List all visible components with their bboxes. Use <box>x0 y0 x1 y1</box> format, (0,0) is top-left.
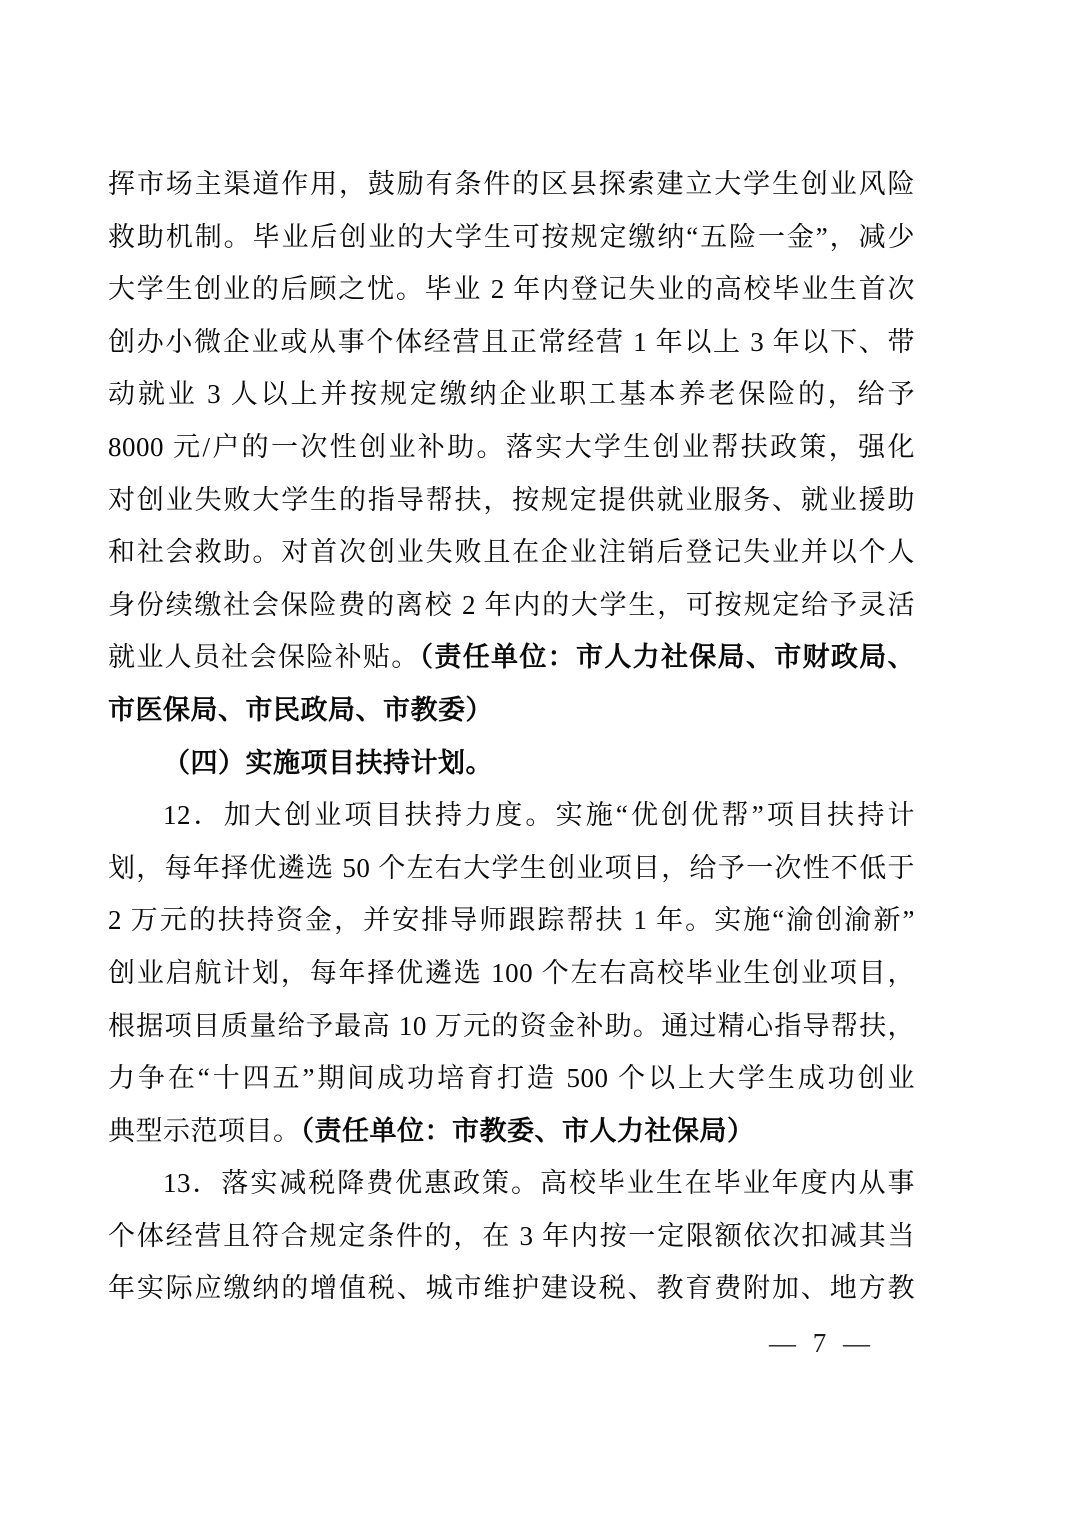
body-text: 就业人员社会保险补贴。 <box>108 642 420 672</box>
body-text: 创办小微企业或从事个体经营且正常经营 1 年以上 3 年以下、带 <box>108 327 915 357</box>
document-page: 挥市场主渠道作用，鼓励有条件的区县探索建立大学生创业风险救助机制。毕业后创业的大… <box>0 0 1080 1528</box>
document-line: 13．落实减税降费优惠政策。高校毕业生在毕业年度内从事 <box>108 1157 915 1210</box>
document-line: 和社会救助。对首次创业失败且在企业注销后登记失业并以个人 <box>108 526 915 579</box>
body-text: 12．加大创业项目扶持力度。实施“优创优帮”项目扶持计 <box>163 800 915 830</box>
body-text: 力争在“十四五”期间成功培育打造 500 个以上大学生成功创业 <box>108 1063 915 1093</box>
document-line: 个体经营且符合规定条件的，在 3 年内按一定限额依次扣减其当 <box>108 1210 915 1263</box>
body-text: 划，每年择优遴选 50 个左右大学生创业项目，给予一次性不低于 <box>108 853 915 883</box>
body-text: 典型示范项目。 <box>108 1116 301 1146</box>
document-line: 12．加大创业项目扶持力度。实施“优创优帮”项目扶持计 <box>108 789 915 842</box>
responsibility-unit-text: 市医保局、市民政局、市教委） <box>108 695 493 725</box>
document-line: 划，每年择优遴选 50 个左右大学生创业项目，给予一次性不低于 <box>108 842 915 895</box>
document-line: 创办小微企业或从事个体经营且正常经营 1 年以上 3 年以下、带 <box>108 316 915 369</box>
document-line: 根据项目质量给予最高 10 万元的资金补助。通过精心指导帮扶， <box>108 1000 915 1053</box>
body-text: 大学生创业的后顾之忧。毕业 2 年内登记失业的高校毕业生首次 <box>108 274 915 304</box>
document-line: 市医保局、市民政局、市教委） <box>108 684 915 737</box>
body-text: 救助机制。毕业后创业的大学生可按规定缴纳“五险一金”，减少 <box>108 222 915 252</box>
responsibility-unit-text: （责任单位：市教委、市人力社保局） <box>301 1116 755 1146</box>
body-text: 8000 元/户的一次性创业补助。落实大学生创业帮扶政策，强化 <box>108 432 915 462</box>
body-text: 创业启航计划，每年择优遴选 100 个左右高校毕业生创业项目， <box>108 958 915 988</box>
body-text: 根据项目质量给予最高 10 万元的资金补助。通过精心指导帮扶， <box>108 1011 915 1041</box>
document-body: 挥市场主渠道作用，鼓励有条件的区县探索建立大学生创业风险救助机制。毕业后创业的大… <box>108 158 915 1315</box>
document-line: （四）实施项目扶持计划。 <box>108 737 915 790</box>
responsibility-unit-text: （四）实施项目扶持计划。 <box>163 748 493 778</box>
responsibility-unit-text: （责任单位：市人力社保局、市财政局、 <box>420 642 915 672</box>
page-number: — 7 — <box>769 1326 875 1360</box>
document-line: 典型示范项目。（责任单位：市教委、市人力社保局） <box>108 1105 915 1158</box>
document-line: 2 万元的扶持资金，并安排导师跟踪帮扶 1 年。实施“渝创渝新” <box>108 894 915 947</box>
document-line: 身份续缴社会保险费的离校 2 年内的大学生，可按规定给予灵活 <box>108 579 915 632</box>
document-line: 救助机制。毕业后创业的大学生可按规定缴纳“五险一金”，减少 <box>108 211 915 264</box>
document-line: 就业人员社会保险补贴。（责任单位：市人力社保局、市财政局、 <box>108 631 915 684</box>
body-text: 挥市场主渠道作用，鼓励有条件的区县探索建立大学生创业风险 <box>108 169 915 199</box>
document-line: 对创业失败大学生的指导帮扶，按规定提供就业服务、就业援助 <box>108 474 915 527</box>
body-text: 个体经营且符合规定条件的，在 3 年内按一定限额依次扣减其当 <box>108 1221 915 1251</box>
body-text: 年实际应缴纳的增值税、城市维护建设税、教育费附加、地方教 <box>108 1273 915 1303</box>
body-text: 动就业 3 人以上并按规定缴纳企业职工基本养老保险的，给予 <box>108 379 915 409</box>
document-line: 8000 元/户的一次性创业补助。落实大学生创业帮扶政策，强化 <box>108 421 915 474</box>
body-text: 2 万元的扶持资金，并安排导师跟踪帮扶 1 年。实施“渝创渝新” <box>108 905 915 935</box>
document-line: 大学生创业的后顾之忧。毕业 2 年内登记失业的高校毕业生首次 <box>108 263 915 316</box>
document-line: 年实际应缴纳的增值税、城市维护建设税、教育费附加、地方教 <box>108 1262 915 1315</box>
document-line: 挥市场主渠道作用，鼓励有条件的区县探索建立大学生创业风险 <box>108 158 915 211</box>
document-line: 动就业 3 人以上并按规定缴纳企业职工基本养老保险的，给予 <box>108 368 915 421</box>
body-text: 对创业失败大学生的指导帮扶，按规定提供就业服务、就业援助 <box>108 485 915 515</box>
body-text: 身份续缴社会保险费的离校 2 年内的大学生，可按规定给予灵活 <box>108 590 915 620</box>
document-line: 创业启航计划，每年择优遴选 100 个左右高校毕业生创业项目， <box>108 947 915 1000</box>
body-text: 和社会救助。对首次创业失败且在企业注销后登记失业并以个人 <box>108 537 915 567</box>
document-line: 力争在“十四五”期间成功培育打造 500 个以上大学生成功创业 <box>108 1052 915 1105</box>
body-text: 13．落实减税降费优惠政策。高校毕业生在毕业年度内从事 <box>163 1168 915 1198</box>
